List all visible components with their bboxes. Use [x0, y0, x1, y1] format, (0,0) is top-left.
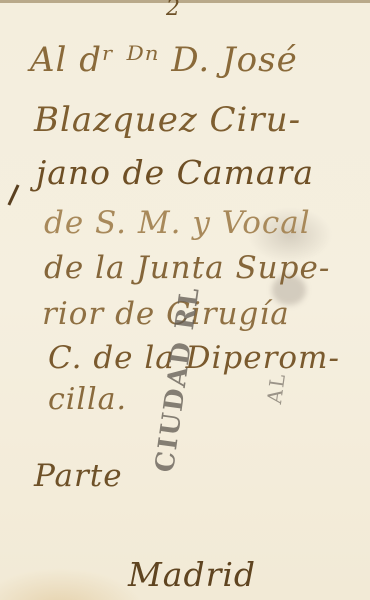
address-line-3: jano de Camara [36, 153, 314, 192]
address-line-4: de S. M. y Vocal [44, 205, 311, 241]
superscript-mark: 2 [166, 0, 181, 21]
postmark-stamp-secondary: AL [262, 371, 290, 406]
document-page: 2 Al dʳ ᴰⁿ D. José Blazquez Ciru- jano d… [0, 0, 370, 600]
city-madrid: Madrid [128, 555, 256, 594]
page-top-edge [0, 0, 370, 3]
address-line-1: Al dʳ ᴰⁿ D. José [30, 40, 298, 80]
address-line-8: cilla. [48, 382, 127, 417]
address-line-5: de la Junta Supe- [44, 250, 330, 286]
address-line-2: Blazquez Ciru- [34, 100, 301, 140]
address-line-6: rior de Cirugía [42, 296, 290, 332]
note-parte: Parte [34, 458, 123, 494]
margin-check-mark [7, 184, 19, 205]
